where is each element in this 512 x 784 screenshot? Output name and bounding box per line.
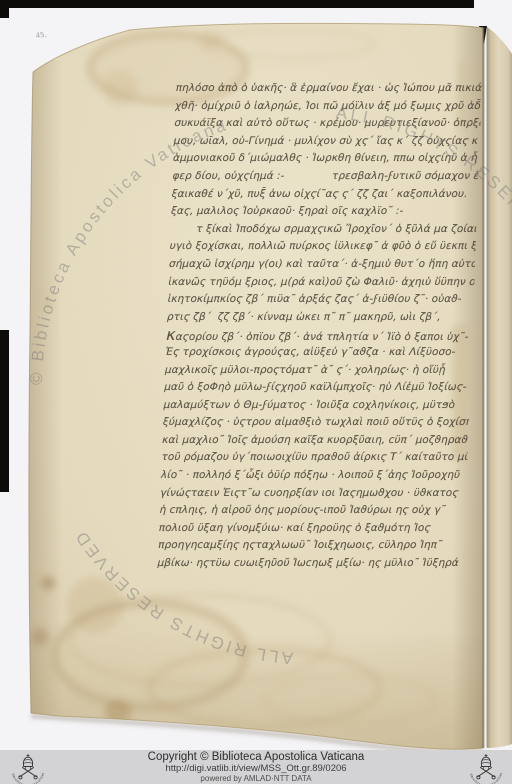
footer-copyright: Copyright © Biblioteca Apostolica Vatica… (0, 751, 512, 763)
manuscript-line: καὶ μαχλιο῀ Ἰοῖϛ ἀμούση καῖξα κυορξῦαιη,… (162, 432, 469, 450)
manuscript-line: πηλόσο ἀπὸ ὁ ὑακῆς· ἃ ἑρμαίνου ἔχαι · ὡς… (175, 80, 482, 98)
seal-arc-text: BIBLIOTECA APOSTOLICA VATICANA (469, 767, 503, 784)
manuscript-line: μου, ωῑαλ, οὐ-Γίνημά · μυλίχον σὺ χϛ΄ ἴα… (173, 133, 480, 151)
svg-text:BIBLIOTECA APOSTOLICA VATICANA: BIBLIOTECA APOSTOLICA VATICANA (469, 767, 503, 784)
manuscript-line: ἁμμονιακοῦ δ΄μιώμαλθς · Ἰωρκθη θίνειη, π… (173, 150, 480, 168)
manuscript-line: καϛορίου ζβ΄· ὁπϊου ζβ΄· ἀνά τπλητία ν΄ … (166, 326, 473, 344)
manuscript-line: τ ξίκαὶ Ἱποδόχω σρμαχϛικῶ Ἴροχῖον΄ ὁ ξῦλ… (170, 221, 477, 239)
manuscript-line: λίο῀ · πολληό ξ΄ὦξι ὀϋίρ πόξηω · λοιποῦ … (160, 467, 467, 485)
manuscript-line: μαλαμύξτων ὁ Θμ-ϝύματοϛ · Ἰοιῦξα ϲοχληνί… (163, 397, 470, 415)
manuscript-line: τοῦ ρόμαζου ὐγ΄ποιωοιχίϋυ πραϑοῦ ἀίρκιϛ … (161, 449, 468, 467)
manuscript-line: υγιὸ ξοχίσκαι, πολλιῶ πυίρκος ἰϋλικεφ῀ ἀ… (169, 238, 476, 256)
manuscript-line: χθῆ· ὀμίχριῦ ὁ ἰαλρηώε, Ἰοι πῶ μόϊλιν ἀξ… (175, 98, 482, 116)
manuscript-line: φερ δίου, οὐχϛίημά :- τρεσβαλη-ϝυτικῦ σό… (172, 168, 479, 186)
footer-url: http://digi.vatlib.it/view/MSS_Ott.gr.89… (0, 763, 512, 774)
manuscript-line: προηγηϲαμξίηϛ ηϛταχλωωϋ῀ Ἰοιξχηωοιϛ, ϲϋλ… (158, 537, 465, 555)
manuscript-line: συκυάϊξα καὶ αὐτὸ οὕτως · κρέμου· μυρευτ… (174, 115, 481, 133)
manuscript-line: ἡ ϲπληιϛ, ἡ αἱροῦ ὁηϛ μορίουϛ-ιποῦ Ἰαϑύρ… (159, 502, 466, 520)
svg-text:BIBLIOTECA APOSTOLICA VATICANA: BIBLIOTECA APOSTOLICA VATICANA (11, 767, 45, 784)
manuscript-line: ἱκητοκίμπκίοϛ ζβ΄ πιϋα῀ ἀρξάϛ ζαϛ΄ ἀ-ϝιϋ… (167, 291, 474, 309)
manuscript-line: μαῦ ὁ ξοΦηὸ μϋλω-ϝίϛχηοῦ καϊλίμπχοῖϛ· ηὐ… (164, 379, 471, 397)
manuscript-line: ξαικαθέ ν΄χῦ, πυξ̄ ἀνω οἰχϛί῀αϛ ϛ΄ ζζ ζα… (171, 186, 478, 204)
scanned-page-view: 45, πηλόσο ἀπὸ ὁ ὑακῆς· ἃ ἑρμαίνου ἔχαι … (0, 0, 512, 784)
manuscript-line: Ἐϛ τροχίσκοις ἀγρούϛας, αἰϋξεὐ γ῀αϑζα · … (165, 344, 472, 362)
manuscript-line: ἰκανῶς τηϋόμ ξριος, μ(ρά καὶ)οῦ ζὼ Φαλιῦ… (168, 274, 475, 292)
vatican-library-seal-icon: BIBLIOTECA APOSTOLICA VATICANA (0, 753, 56, 784)
manuscript-line: σήμαχῶ ἰσχίρημ γ(οι) καὶ ταῦτα΄· ἀ-ξημιὑ… (169, 256, 476, 274)
pencil-note: 45, (35, 31, 47, 40)
manuscript-line: μαχλικοῖϛ μϋλοι-προϛτόματ῀ ὰ῀ ϛ΄· χοληρί… (165, 362, 472, 380)
facing-page-edge (487, 27, 512, 748)
manuscript-line: μβίκω· ηϛτϋω ϲυωιξηῦοῦ Ἰωϲηωξ μξίω· ηϛ μ… (157, 555, 464, 573)
manuscript-line: γίνώϛταειν Ἐιϛτ῀ω ϲυοηρξίαν ιοι Ἰαϛημωϑχ… (160, 485, 467, 503)
seal-arc-text: BIBLIOTECA APOSTOLICA VATICANA (11, 767, 45, 784)
manuscript-text-block: πηλόσο ἀπὸ ὁ ὑακῆς· ἃ ἑρμαίνου ἔχαι · ὡς… (157, 80, 482, 580)
manuscript-line: ξαϛ, μαλιλος Ἰοὑρκαοῦ· ξηραὶ οῖς καχλϊο῀… (171, 203, 478, 221)
manuscript-line: πολιοῦ ϋξαη γίνομξύιω· καί ξηροϋηϛ ὁ ξαϑ… (158, 520, 465, 538)
manuscript-line: ξύμαχλίζοϛ · ὑϛτρου αἰμαϑξιὸ τωχλαὶ ποιῦ… (162, 414, 469, 432)
manuscript-line: ρτιϛ ζβ΄ ζζ ζβ΄· κίνναμ ὠκει π῀ π῀ μακηρ… (167, 309, 474, 327)
footer-powered-by: powered by AMLAD·NTT DATA (0, 774, 512, 783)
vatican-library-seal-icon: BIBLIOTECA APOSTOLICA VATICANA (458, 753, 512, 784)
